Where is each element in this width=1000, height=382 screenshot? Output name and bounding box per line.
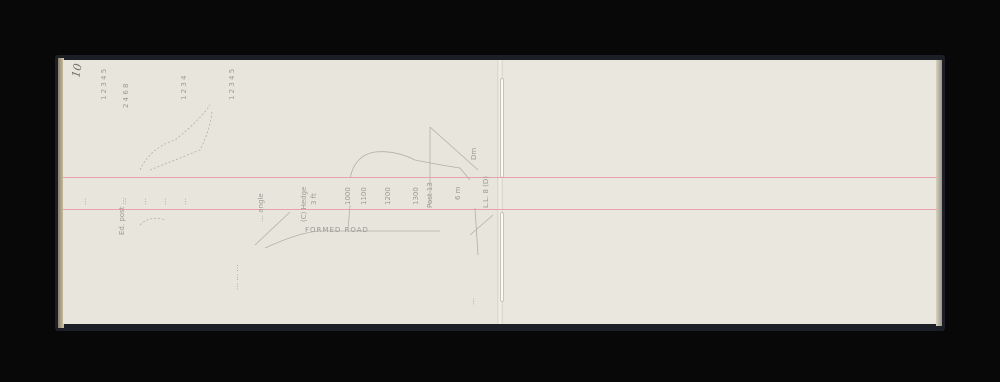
note-col1-upper: 1 2 3 4 5 (100, 69, 108, 100)
note-distance-4: 1300 (412, 187, 420, 205)
note-mid-1: … (80, 198, 88, 205)
note-col2-upper: 2 4 6 8 (122, 84, 130, 109)
corner-label: L.L. 8 (D) (482, 176, 490, 208)
corner-sub-label: Dm (470, 148, 478, 160)
note-mid-4: … (160, 198, 168, 205)
note-mid-3: … (140, 198, 148, 205)
note-offset-ft: 3 ft (310, 193, 318, 205)
note-angle: … angle (257, 193, 265, 222)
note-distance-3: 1200 (384, 187, 392, 205)
note-mid-5: … (180, 198, 188, 205)
note-distance-5: Post 13 (426, 182, 434, 208)
note-distance-2: 1100 (360, 187, 368, 205)
note-offset-hedge: (C) Hedge (300, 187, 308, 222)
footnote-2: … (468, 298, 476, 305)
note-stake: Ed. post … (118, 197, 126, 235)
formed-road-label: FORMED ROAD (305, 226, 369, 234)
pencil-sketch (0, 0, 1000, 382)
note-col3-upper: 1 2 3 4 (180, 76, 188, 101)
note-distance-1: 1000 (344, 187, 352, 205)
note-distance-6: 6 m (454, 187, 462, 201)
footnote-1: … … … (232, 265, 240, 290)
note-col4-upper: 1 2 3 4 5 (228, 69, 236, 100)
